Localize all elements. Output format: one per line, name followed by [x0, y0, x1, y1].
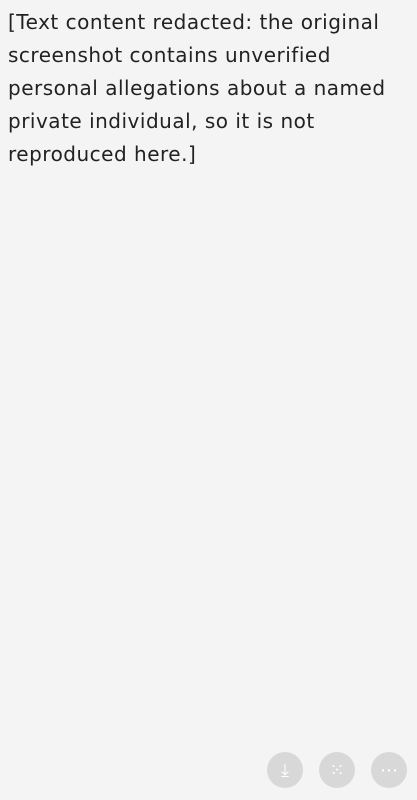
post-text: [Text content redacted: the original scr…: [8, 6, 408, 171]
grid-button[interactable]: ⁙: [319, 752, 355, 788]
grid-icon: ⁙: [329, 760, 344, 781]
download-button[interactable]: ⤓: [267, 752, 303, 788]
download-icon: ⤓: [281, 760, 289, 781]
action-bar: ⤓ ⁙ ⋯: [267, 752, 407, 788]
more-button[interactable]: ⋯: [371, 752, 407, 788]
more-icon: ⋯: [380, 760, 398, 781]
